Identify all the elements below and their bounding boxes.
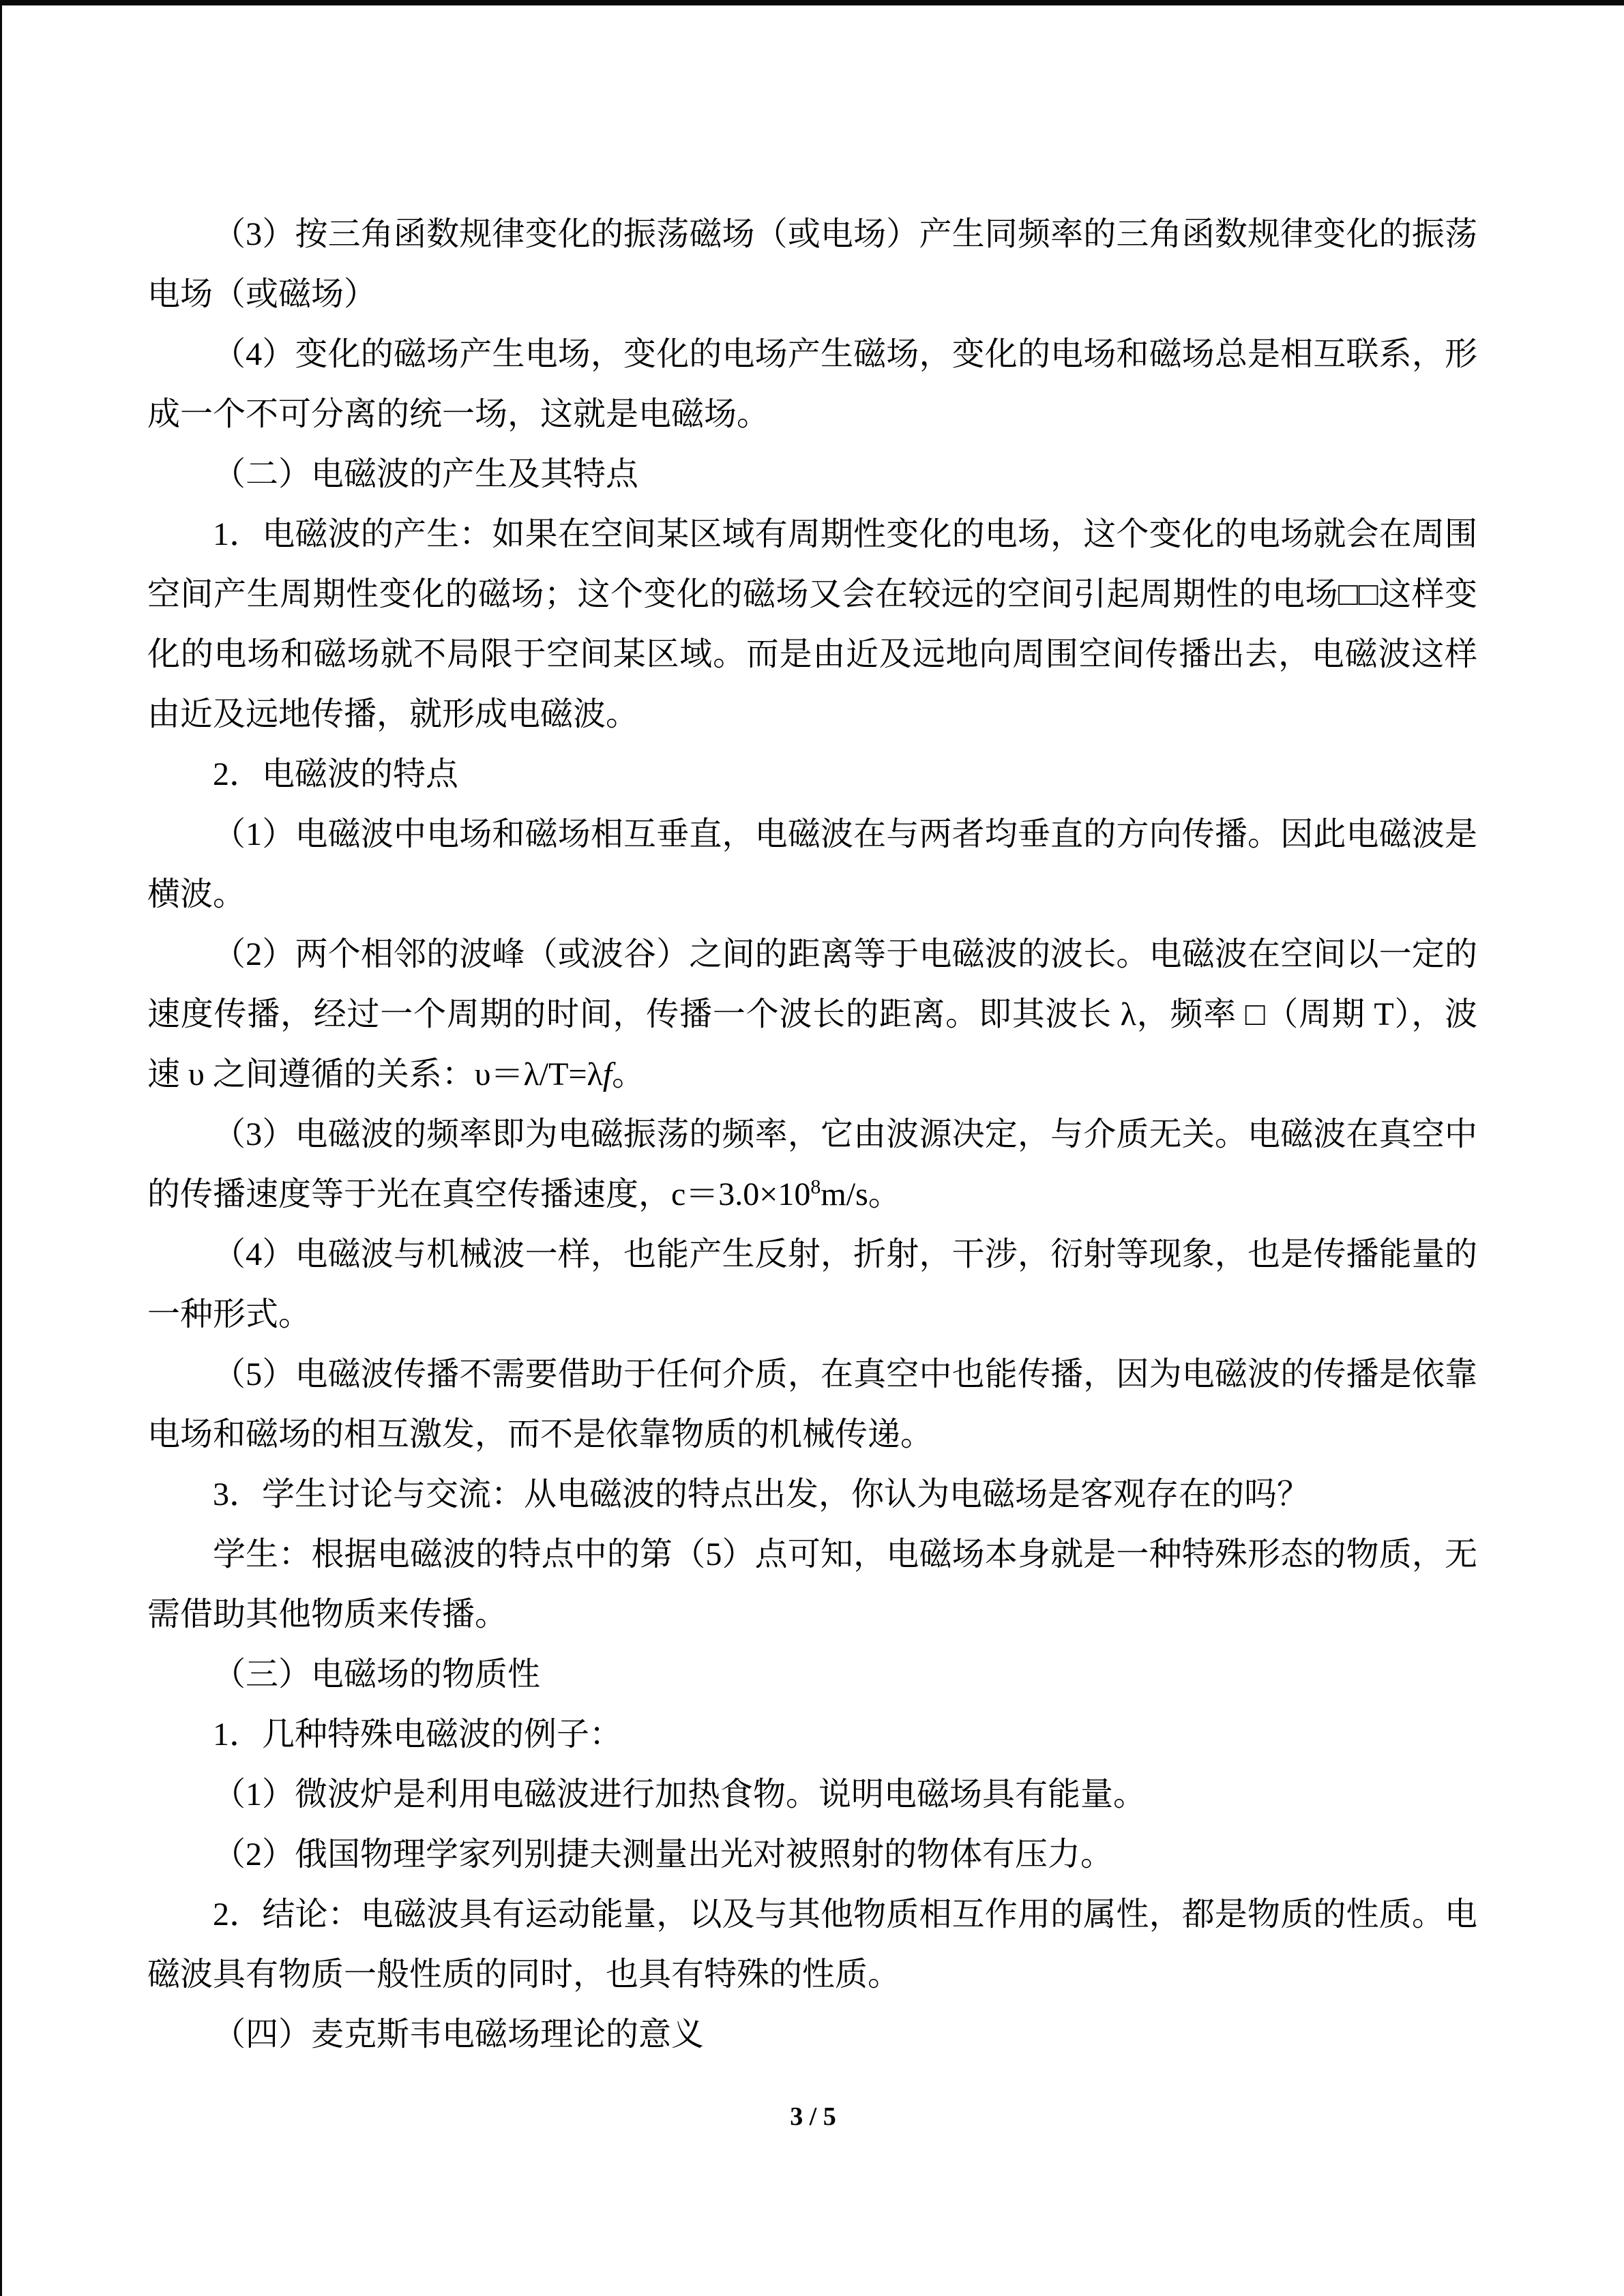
- paragraph: 2．结论：电磁波具有运动能量，以及与其他物质相互作用的属性，都是物质的性质。电磁…: [147, 1885, 1477, 2005]
- paragraph: （2）俄国物理学家列别捷夫测量出光对被照射的物体有压力。: [147, 1825, 1477, 1885]
- paragraph: （4）电磁波与机械波一样，也能产生反射，折射，干涉，衍射等现象，也是传播能量的一…: [147, 1225, 1477, 1345]
- paragraph: （5）电磁波传播不需要借助于任何介质，在真空中也能传播，因为电磁波的传播是依靠电…: [147, 1345, 1477, 1465]
- section-heading: （三）电磁场的物质性: [147, 1645, 1477, 1705]
- superscript-exponent: 8: [810, 1176, 821, 1198]
- section-heading: （四）麦克斯韦电磁场理论的意义: [147, 2005, 1477, 2065]
- paragraph: 学生：根据电磁波的特点中的第（5）点可知，电磁场本身就是一种特殊形态的物质，无需…: [147, 1525, 1477, 1645]
- page-number: 3 / 5: [2, 2100, 1624, 2133]
- section-heading: （二）电磁波的产生及其特点: [147, 445, 1477, 505]
- paragraph: 1．几种特殊电磁波的例子：: [147, 1705, 1477, 1765]
- paragraph: 2．电磁波的特点: [147, 745, 1477, 805]
- paragraph: （4）变化的磁场产生电场，变化的电场产生磁场，变化的电场和磁场总是相互联系，形成…: [147, 325, 1477, 445]
- paragraph: （2）两个相邻的波峰（或波谷）之间的距离等于电磁波的波长。电磁波在空间以一定的速…: [147, 925, 1477, 1105]
- italic-symbol: f: [603, 1056, 612, 1092]
- paragraph: 1．电磁波的产生：如果在空间某区域有周期性变化的电场，这个变化的电场就会在周围空…: [147, 505, 1477, 745]
- paragraph: （1）微波炉是利用电磁波进行加热食物。说明电磁场具有能量。: [147, 1765, 1477, 1825]
- document-body: （3）按三角函数规律变化的振荡磁场（或电场）产生同频率的三角函数规律变化的振荡电…: [147, 205, 1477, 2065]
- paragraph: （1）电磁波中电场和磁场相互垂直，电磁波在与两者均垂直的方向传播。因此电磁波是横…: [147, 805, 1477, 925]
- paragraph: （3）按三角函数规律变化的振荡磁场（或电场）产生同频率的三角函数规律变化的振荡电…: [147, 205, 1477, 325]
- document-page: （3）按三角函数规律变化的振荡磁场（或电场）产生同频率的三角函数规律变化的振荡电…: [0, 0, 1624, 2296]
- paragraph-text: 。: [612, 1056, 645, 1092]
- paragraph: 3．学生讨论与交流：从电磁波的特点出发，你认为电磁场是客观存在的吗？: [147, 1465, 1477, 1525]
- paragraph-text: m/s。: [821, 1176, 900, 1212]
- paragraph: （3）电磁波的频率即为电磁振荡的频率，它由波源决定，与介质无关。电磁波在真空中的…: [147, 1105, 1477, 1225]
- paragraph-text: （2）两个相邻的波峰（或波谷）之间的距离等于电磁波的波长。电磁波在空间以一定的速…: [147, 936, 1477, 1092]
